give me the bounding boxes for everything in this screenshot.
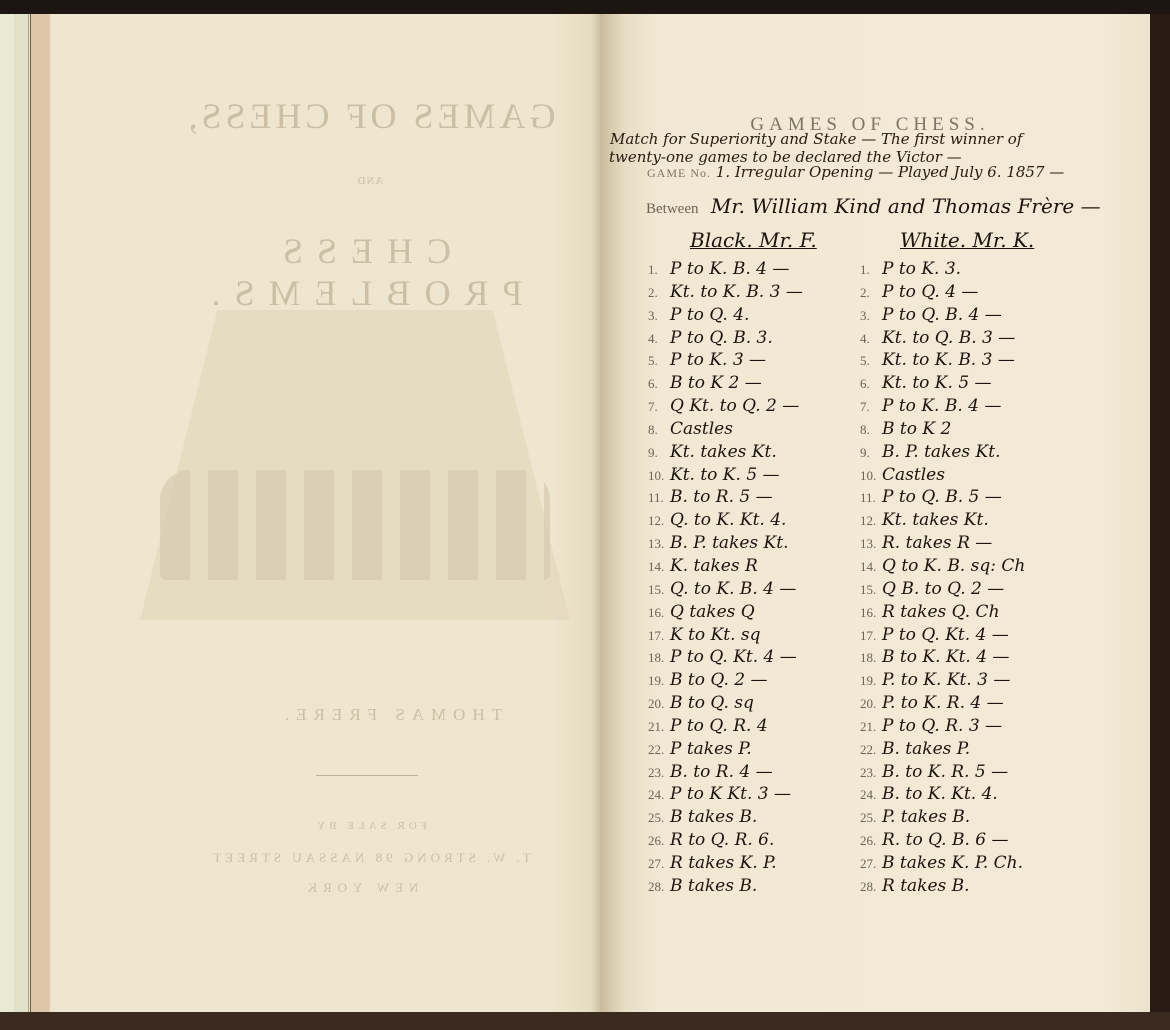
white-move-text: P. to K. R. 4 — — [882, 693, 1004, 713]
white-move-text: B. P. takes Kt. — [882, 442, 1001, 462]
white-move-row: 10.Castles — [860, 464, 1090, 487]
white-move-row: 24.B. to K. Kt. 4. — [860, 783, 1090, 806]
bleed-publisher: T. W. STRONG 98 NASSAU STREET — [180, 850, 560, 866]
black-move-row: 9.Kt. takes Kt. — [648, 441, 878, 464]
bleed-author: THOMAS FRERE. — [240, 705, 540, 725]
move-number: 14. — [648, 556, 670, 578]
black-move-row: 26.R to Q. R. 6. — [648, 829, 878, 852]
white-move-text: P. to K. Kt. 3 — — [882, 670, 1010, 690]
white-move-row: 25.P. takes B. — [860, 806, 1090, 829]
between-line: Between Mr. William Kind and Thomas Frèr… — [646, 194, 1101, 218]
black-move-text: Kt. to K. 5 — — [670, 465, 780, 485]
move-number: 9. — [648, 442, 670, 464]
bleed-for-sale: FOR SALE BY — [270, 820, 470, 832]
white-move-row: 8.B to K 2 — [860, 418, 1090, 441]
move-number: 13. — [860, 533, 882, 555]
black-move-text: P to Q. R. 4 — [670, 716, 768, 736]
move-number: 3. — [860, 305, 882, 327]
move-number: 28. — [648, 876, 670, 898]
white-move-row: 4.Kt. to Q. B. 3 — — [860, 327, 1090, 350]
white-move-row: 19.P. to K. Kt. 3 — — [860, 669, 1090, 692]
white-move-text: P to K. 3. — [882, 259, 961, 279]
move-number: 25. — [648, 807, 670, 829]
move-number: 1. — [648, 259, 670, 281]
black-move-text: P takes P. — [670, 739, 752, 759]
black-move-text: P to K. 3 — — [670, 350, 766, 370]
black-move-row: 18.P to Q. Kt. 4 — — [648, 646, 878, 669]
black-move-row: 19.B to Q. 2 — — [648, 669, 878, 692]
move-number: 18. — [648, 647, 670, 669]
white-move-row: 12.Kt. takes Kt. — [860, 509, 1090, 532]
right-edge — [1150, 14, 1170, 1012]
black-move-text: B takes B. — [670, 876, 757, 896]
white-move-text: P to Q. B. 5 — — [882, 487, 1002, 507]
black-move-text: P to K Kt. 3 — — [670, 784, 791, 804]
white-move-text: R. takes R — — [882, 533, 992, 553]
move-number: 1. — [860, 259, 882, 281]
black-move-row: 1.P to K. B. 4 — — [648, 258, 878, 281]
move-number: 7. — [860, 396, 882, 418]
move-number: 4. — [860, 328, 882, 350]
move-number: 12. — [648, 510, 670, 532]
black-move-text: B. P. takes Kt. — [670, 533, 789, 553]
bleed-title: GAMES OF CHESS, — [160, 95, 580, 137]
black-move-row: 2.Kt. to K. B. 3 — — [648, 281, 878, 304]
endpaper-inner — [14, 14, 29, 1012]
move-number: 6. — [860, 373, 882, 395]
black-move-row: 8.Castles — [648, 418, 878, 441]
black-move-row: 11.B. to R. 5 — — [648, 486, 878, 509]
white-move-text: P to Q. 4 — — [882, 282, 978, 302]
white-move-text: Kt. takes Kt. — [882, 510, 989, 530]
players: Mr. William Kind and Thomas Frère — — [711, 194, 1101, 218]
between-label: Between — [646, 201, 698, 217]
black-move-text: P to Q. 4. — [670, 305, 749, 325]
black-move-row: 20.B to Q. sq — [648, 692, 878, 715]
black-move-row: 3.P to Q. 4. — [648, 304, 878, 327]
move-number: 17. — [648, 625, 670, 647]
white-move-text: Kt. to K. 5 — — [882, 373, 992, 393]
move-number: 26. — [860, 830, 882, 852]
white-move-text: B. to K. Kt. 4. — [882, 784, 998, 804]
white-move-row: 16.R takes Q. Ch — [860, 601, 1090, 624]
move-number: 28. — [860, 876, 882, 898]
black-move-text: B to Q. 2 — — [670, 670, 767, 690]
game-label: GAME No. — [647, 166, 711, 180]
white-move-row: 18.B to K. Kt. 4 — — [860, 646, 1090, 669]
white-move-row: 7.P to K. B. 4 — — [860, 395, 1090, 418]
white-move-row: 23.B. to K. R. 5 — — [860, 761, 1090, 784]
black-move-row: 17.K to Kt. sq — [648, 624, 878, 647]
white-move-row: 28.R takes B. — [860, 875, 1090, 898]
white-move-row: 5.Kt. to K. B. 3 — — [860, 349, 1090, 372]
white-move-text: P to Q. Kt. 4 — — [882, 625, 1009, 645]
black-column-header: Black. Mr. F. — [690, 228, 817, 252]
move-number: 16. — [648, 602, 670, 624]
black-move-row: 12.Q. to K. Kt. 4. — [648, 509, 878, 532]
move-number: 8. — [648, 419, 670, 441]
white-move-text: Kt. to Q. B. 3 — — [882, 328, 1015, 348]
move-number: 7. — [648, 396, 670, 418]
white-move-row: 9.B. P. takes Kt. — [860, 441, 1090, 464]
move-number: 25. — [860, 807, 882, 829]
white-move-row: 1.P to K. 3. — [860, 258, 1090, 281]
black-move-row: 14.K. takes R — [648, 555, 878, 578]
black-move-text: B. to R. 5 — — [670, 487, 773, 507]
white-move-text: Castles — [882, 465, 945, 485]
black-move-text: B to K 2 — — [670, 373, 762, 393]
black-move-text: Q. to K. B. 4 — — [670, 579, 796, 599]
move-number: 23. — [860, 762, 882, 784]
move-number: 14. — [860, 556, 882, 578]
move-number: 17. — [860, 625, 882, 647]
bleed-city: NEW YORK — [270, 880, 450, 896]
white-move-text: R takes Q. Ch — [882, 602, 1000, 622]
game-line: GAME No. 1. Irregular Opening — Played J… — [647, 163, 1064, 181]
black-move-text: P to Q. Kt. 4 — — [670, 647, 797, 667]
move-number: 15. — [648, 579, 670, 601]
black-move-text: B to Q. sq — [670, 693, 754, 713]
black-move-row: 22.P takes P. — [648, 738, 878, 761]
black-move-row: 16.Q takes Q — [648, 601, 878, 624]
move-number: 11. — [860, 487, 882, 509]
background-top — [0, 0, 1170, 14]
move-number: 4. — [648, 328, 670, 350]
game-description: 1. Irregular Opening — Played July 6. 18… — [716, 163, 1065, 181]
white-move-text: B takes K. P. Ch. — [882, 853, 1023, 873]
move-number: 10. — [648, 465, 670, 487]
move-number: 6. — [648, 373, 670, 395]
black-move-text: Castles — [670, 419, 733, 439]
move-number: 20. — [648, 693, 670, 715]
bleed-subtitle: CHESS PROBLEMS. — [120, 230, 600, 314]
white-move-text: P to Q. B. 4 — — [882, 305, 1002, 325]
black-move-text: Q. to K. Kt. 4. — [670, 510, 786, 530]
bleed-and: AND — [330, 175, 410, 187]
white-move-row: 21.P to Q. R. 3 — — [860, 715, 1090, 738]
black-move-row: 25.B takes B. — [648, 806, 878, 829]
move-number: 2. — [860, 282, 882, 304]
move-number: 9. — [860, 442, 882, 464]
white-move-text: P to K. B. 4 — — [882, 396, 1001, 416]
black-move-row: 6.B to K 2 — — [648, 372, 878, 395]
black-move-text: R takes K. P. — [670, 853, 777, 873]
white-move-row: 27.B takes K. P. Ch. — [860, 852, 1090, 875]
white-move-row: 20.P. to K. R. 4 — — [860, 692, 1090, 715]
white-move-text: P. takes B. — [882, 807, 970, 827]
white-move-row: 2.P to Q. 4 — — [860, 281, 1090, 304]
background-bottom — [0, 1012, 1170, 1030]
black-move-text: K. takes R — [670, 556, 758, 576]
white-move-row: 26.R. to Q. B. 6 — — [860, 829, 1090, 852]
white-move-row: 3.P to Q. B. 4 — — [860, 304, 1090, 327]
move-number: 22. — [860, 739, 882, 761]
white-move-text: Q to K. B. sq: Ch — [882, 556, 1025, 576]
bleed-rule — [316, 775, 418, 776]
white-moves-list: 1.P to K. 3.2.P to Q. 4 —3.P to Q. B. 4 … — [860, 258, 1090, 898]
move-number: 22. — [648, 739, 670, 761]
handwritten-note-line1: Match for Superiority and Stake — The fi… — [610, 131, 1022, 147]
white-move-text: B to K 2 — [882, 419, 951, 439]
white-move-row: 11.P to Q. B. 5 — — [860, 486, 1090, 509]
move-number: 15. — [860, 579, 882, 601]
white-move-row: 17.P to Q. Kt. 4 — — [860, 624, 1090, 647]
white-move-text: B to K. Kt. 4 — — [882, 647, 1009, 667]
white-move-text: B. to K. R. 5 — — [882, 762, 1008, 782]
move-number: 23. — [648, 762, 670, 784]
black-moves-list: 1.P to K. B. 4 —2.Kt. to K. B. 3 —3.P to… — [648, 258, 878, 898]
black-move-text: Q Kt. to Q. 2 — — [670, 396, 799, 416]
black-move-row: 27.R takes K. P. — [648, 852, 878, 875]
black-move-row: 10.Kt. to K. 5 — — [648, 464, 878, 487]
white-column-header: White. Mr. K. — [900, 228, 1034, 252]
black-move-text: K to Kt. sq — [670, 625, 761, 645]
black-move-row: 23.B. to R. 4 — — [648, 761, 878, 784]
black-move-text: R to Q. R. 6. — [670, 830, 774, 850]
white-move-text: R. to Q. B. 6 — — [882, 830, 1009, 850]
move-number: 21. — [648, 716, 670, 738]
move-number: 19. — [648, 670, 670, 692]
black-move-text: P to Q. B. 3. — [670, 328, 773, 348]
move-number: 11. — [648, 487, 670, 509]
black-move-text: B. to R. 4 — — [670, 762, 773, 782]
move-number: 13. — [648, 533, 670, 555]
move-number: 27. — [860, 853, 882, 875]
white-move-row: 6.Kt. to K. 5 — — [860, 372, 1090, 395]
black-move-row: 5.P to K. 3 — — [648, 349, 878, 372]
move-number: 18. — [860, 647, 882, 669]
white-move-row: 13.R. takes R — — [860, 532, 1090, 555]
move-number: 19. — [860, 670, 882, 692]
black-move-row: 15.Q. to K. B. 4 — — [648, 578, 878, 601]
black-move-row: 28.B takes B. — [648, 875, 878, 898]
black-move-row: 4.P to Q. B. 3. — [648, 327, 878, 350]
move-number: 16. — [860, 602, 882, 624]
black-move-row: 7.Q Kt. to Q. 2 — — [648, 395, 878, 418]
move-number: 5. — [860, 350, 882, 372]
bleed-chess-pieces — [160, 470, 550, 580]
black-move-row: 21.P to Q. R. 4 — [648, 715, 878, 738]
black-move-text: Kt. to K. B. 3 — — [670, 282, 803, 302]
move-number: 3. — [648, 305, 670, 327]
white-move-text: Kt. to K. B. 3 — — [882, 350, 1015, 370]
move-number: 10. — [860, 465, 882, 487]
move-number: 5. — [648, 350, 670, 372]
move-number: 21. — [860, 716, 882, 738]
white-move-text: P to Q. R. 3 — — [882, 716, 1002, 736]
black-move-text: P to K. B. 4 — — [670, 259, 789, 279]
white-move-text: B. takes P. — [882, 739, 970, 759]
move-number: 8. — [860, 419, 882, 441]
move-number: 26. — [648, 830, 670, 852]
white-move-row: 15.Q B. to Q. 2 — — [860, 578, 1090, 601]
black-move-text: Kt. takes Kt. — [670, 442, 777, 462]
white-move-row: 14.Q to K. B. sq: Ch — [860, 555, 1090, 578]
black-move-text: Q takes Q — [670, 602, 755, 622]
move-number: 12. — [860, 510, 882, 532]
black-move-row: 13.B. P. takes Kt. — [648, 532, 878, 555]
white-move-row: 22.B. takes P. — [860, 738, 1090, 761]
white-move-text: R takes B. — [882, 876, 970, 896]
white-move-text: Q B. to Q. 2 — — [882, 579, 1004, 599]
move-number: 20. — [860, 693, 882, 715]
move-number: 2. — [648, 282, 670, 304]
move-number: 27. — [648, 853, 670, 875]
black-move-text: B takes B. — [670, 807, 757, 827]
move-number: 24. — [648, 784, 670, 806]
black-move-row: 24.P to K Kt. 3 — — [648, 783, 878, 806]
move-number: 24. — [860, 784, 882, 806]
